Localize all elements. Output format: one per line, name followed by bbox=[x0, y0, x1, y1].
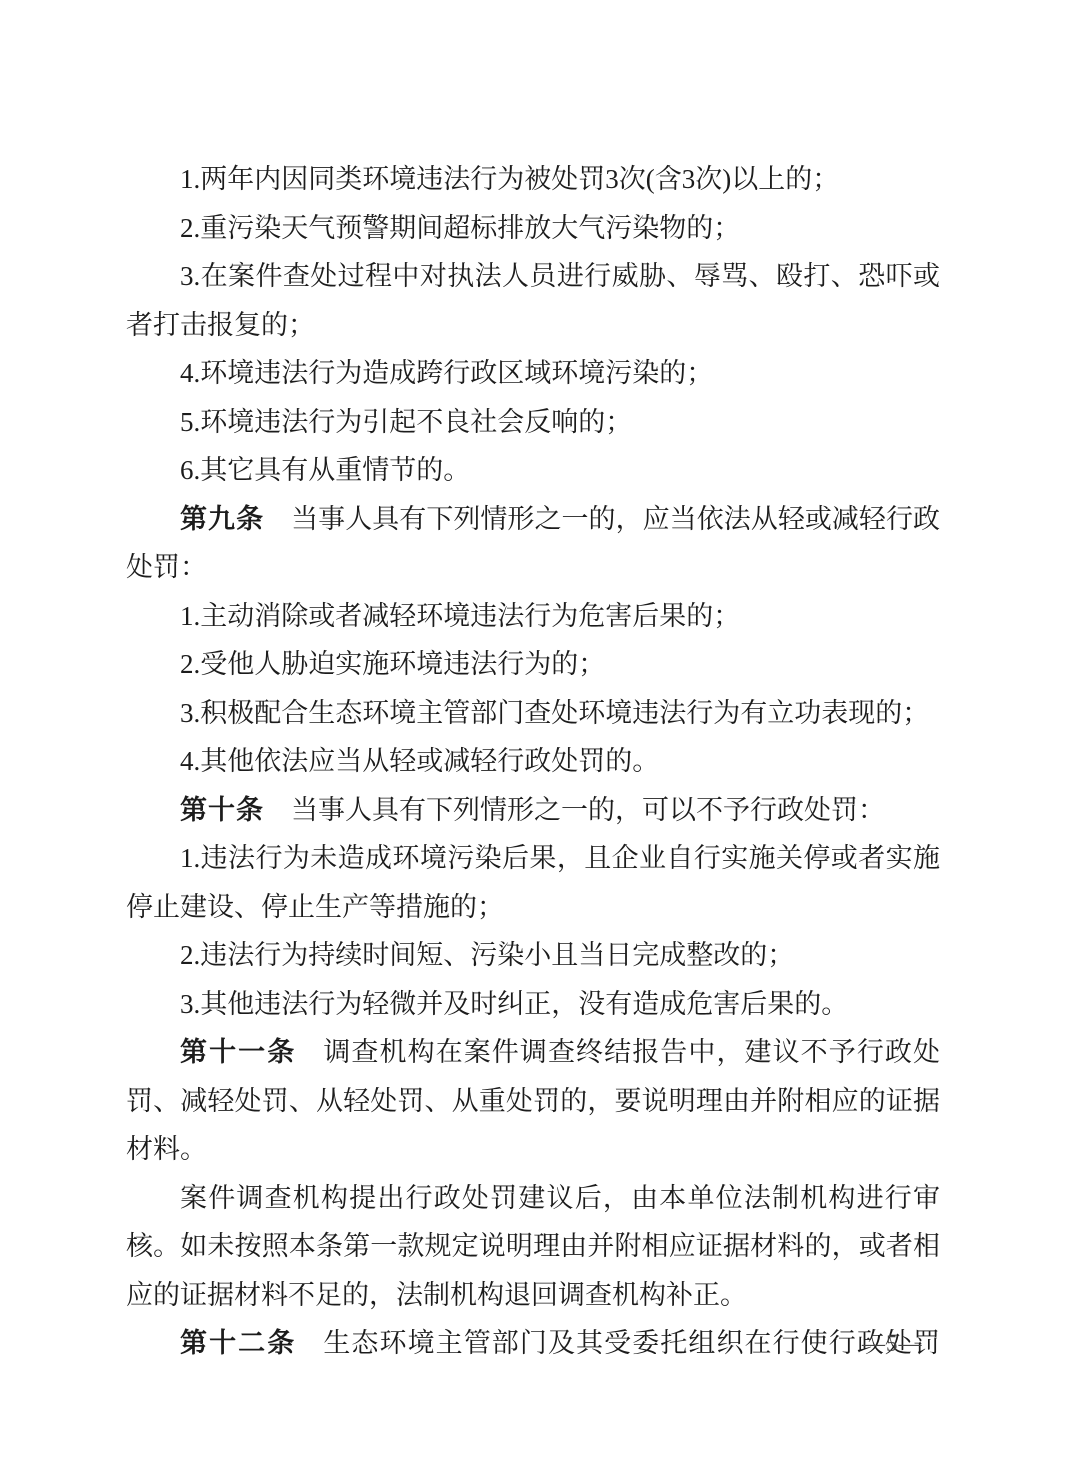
article-9-number: 第九条 bbox=[180, 504, 264, 534]
clause-item-1: 1.两年内因同类环境违法行为被处罚3次(含3次)以上的； bbox=[126, 155, 940, 204]
clause-item-5: 5.环境违法行为引起不良社会反响的； bbox=[126, 398, 940, 447]
clause-item-2: 2.违法行为持续时间短、污染小且当日完成整改的； bbox=[126, 931, 940, 980]
article-9-paragraph: 第九条当事人具有下列情形之一的，应当依法从轻或减轻行政处罚： bbox=[126, 495, 940, 592]
clause-item-1: 1.主动消除或者减轻环境违法行为危害后果的； bbox=[126, 592, 940, 641]
article-11-paragraph: 第十一条调查机构在案件调查终结报告中，建议不予行政处罚、减轻处罚、从轻处罚、从重… bbox=[126, 1028, 940, 1174]
article-10-text: 当事人具有下列情形之一的，可以不予行政处罚： bbox=[291, 795, 885, 825]
article-10-number: 第十条 bbox=[180, 795, 264, 825]
clause-item-2: 2.重污染天气预警期间超标排放大气污染物的； bbox=[126, 204, 940, 253]
document-body: 1.两年内因同类环境违法行为被处罚3次(含3次)以上的； 2.重污染天气预警期间… bbox=[126, 155, 940, 1368]
body-paragraph: 案件调查机构提出行政处罚建议后，由本单位法制机构进行审核。如未按照本条第一款规定… bbox=[126, 1174, 940, 1320]
page-number: —5— bbox=[862, 1330, 923, 1358]
article-12-paragraph: 第十二条生态环境主管部门及其受委托组织在行使行政处罚 bbox=[126, 1319, 940, 1368]
article-10-paragraph: 第十条当事人具有下列情形之一的，可以不予行政处罚： bbox=[126, 786, 940, 835]
article-11-number: 第十一条 bbox=[180, 1037, 296, 1067]
article-12-text: 生态环境主管部门及其受委托组织在行使行政处罚 bbox=[323, 1328, 940, 1358]
clause-item-3: 3.在案件查处过程中对执法人员进行威胁、辱骂、殴打、恐吓或者打击报复的； bbox=[126, 252, 940, 349]
clause-item-4: 4.其他依法应当从轻或减轻行政处罚的。 bbox=[126, 737, 940, 786]
document-page: 1.两年内因同类环境违法行为被处罚3次(含3次)以上的； 2.重污染天气预警期间… bbox=[0, 0, 1075, 1458]
clause-item-4: 4.环境违法行为造成跨行政区域环境污染的； bbox=[126, 349, 940, 398]
clause-item-1: 1.违法行为未造成环境污染后果，且企业自行实施关停或者实施停止建设、停止生产等措… bbox=[126, 834, 940, 931]
clause-item-2: 2.受他人胁迫实施环境违法行为的； bbox=[126, 640, 940, 689]
clause-item-6: 6.其它具有从重情节的。 bbox=[126, 446, 940, 495]
article-12-number: 第十二条 bbox=[180, 1328, 296, 1358]
clause-item-3: 3.其他违法行为轻微并及时纠正，没有造成危害后果的。 bbox=[126, 980, 940, 1029]
clause-item-3: 3.积极配合生态环境主管部门查处环境违法行为有立功表现的； bbox=[126, 689, 940, 738]
